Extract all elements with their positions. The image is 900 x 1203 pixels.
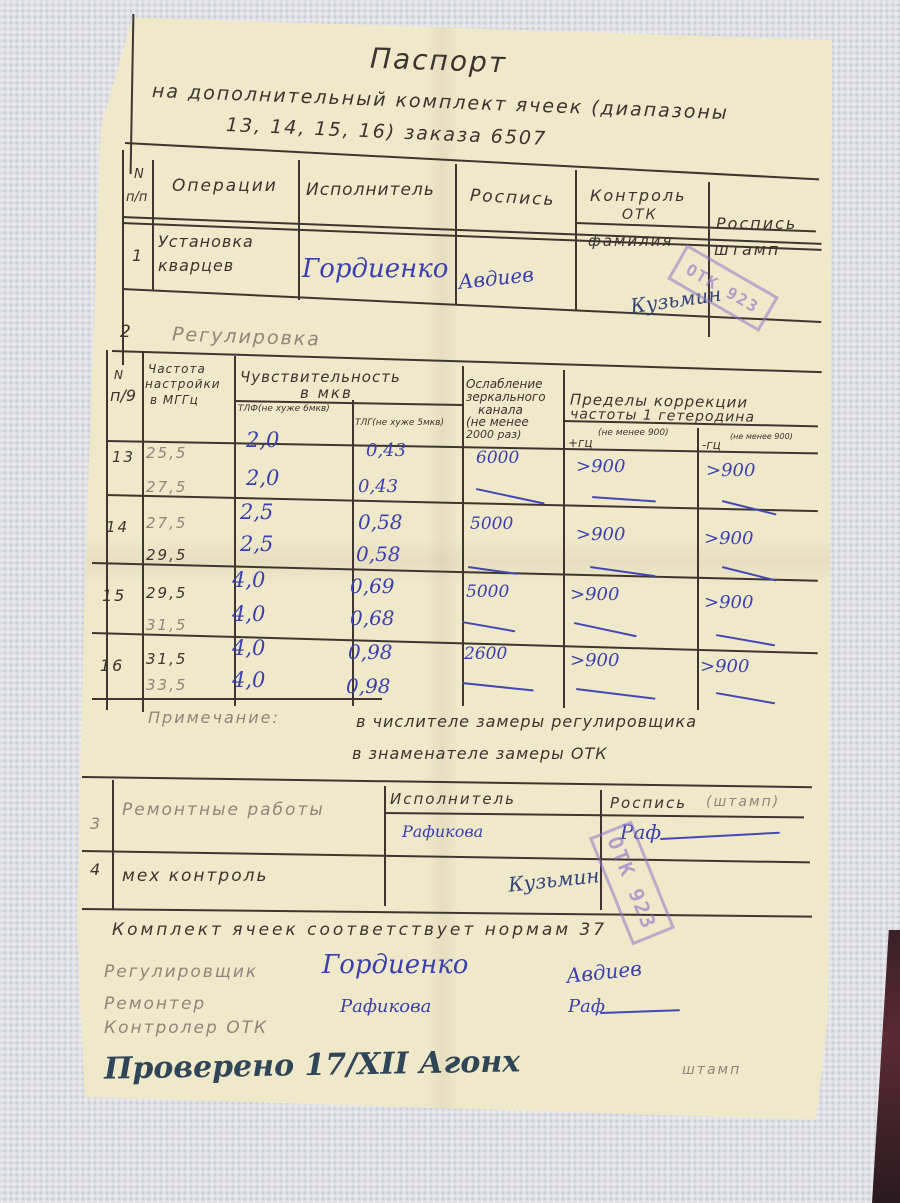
tlg-row-6: 0,68: [350, 606, 395, 630]
adj-header-mirror-1: Ослабление: [466, 377, 543, 391]
repairer-name: Рафикова: [340, 996, 431, 1017]
repair-row3-operation: Ремонтные работы: [122, 800, 325, 820]
freq-row-4: 29,5: [146, 546, 187, 564]
conformity-statement: Комплект ячеек соответствует нормам 37: [112, 920, 607, 940]
repair-col-number: [112, 780, 114, 910]
tlg-row-1: 0,43: [366, 440, 406, 461]
tlf-row-3: 2,5: [240, 500, 273, 524]
freq-row-6: 31,5: [146, 616, 187, 634]
freq-row-8: 33,5: [146, 676, 187, 694]
tlf-row-7: 4,0: [232, 636, 265, 660]
minus-band-13: >900: [706, 460, 755, 481]
band-14: 14: [106, 518, 129, 536]
section2-number: 2: [120, 322, 133, 342]
tlf-row-5: 4,0: [232, 568, 265, 592]
note-line2: в знаменателе замеры ОТК: [352, 744, 608, 763]
freq-row-5: 29,5: [146, 584, 187, 602]
repair-row4-operation: мех контроль: [122, 866, 269, 886]
band-15: 15: [102, 586, 126, 605]
fabric-background: [872, 930, 900, 1203]
repairer-label: Ремонтер: [104, 994, 206, 1014]
freq-row-7: 31,5: [146, 650, 187, 668]
adj-header-plus-hz: +гц: [568, 436, 593, 450]
tlg-row-5: 0,69: [350, 574, 395, 598]
repair-header-performer: Исполнитель: [390, 790, 516, 808]
plus-band-15: >900: [570, 584, 619, 605]
tlf-row-4: 2,5: [240, 532, 273, 556]
ops-header-number-top: N: [134, 167, 146, 182]
ops-header-otk-control: Контроль: [590, 186, 687, 205]
tlf-row-2: 2,0: [246, 466, 279, 490]
mirror-band-14: 5000: [470, 514, 513, 534]
ops-header-signature-stamp-top: Роспись: [716, 214, 797, 233]
ops-row1-number: 1: [132, 246, 144, 265]
repairer-signature: Раф: [568, 996, 605, 1017]
adj-header-frequency-3: в МГГц: [150, 393, 199, 407]
plus-band-16: >900: [570, 650, 619, 671]
ops-header-otk-surname: фамилия: [588, 232, 673, 250]
minus-band-15: >900: [704, 592, 753, 613]
ops-header-performer: Исполнитель: [306, 180, 435, 200]
adj-header-minus-note: (не менее 900): [730, 432, 793, 441]
minus-band-16: >900: [700, 656, 749, 677]
mirror-band-13: 6000: [476, 448, 519, 468]
ops-header-otk: ОТК: [622, 207, 658, 223]
adj-header-frequency-1: Частота: [148, 362, 206, 376]
ops-row1-performer: Гордиенко: [302, 254, 448, 284]
tlg-row-8: 0,98: [346, 674, 391, 698]
note-label: Примечание:: [148, 708, 280, 727]
repair-header-signature: Роспись: [610, 794, 687, 812]
tlf-row-6: 4,0: [232, 602, 265, 626]
adj-header-number-top: N: [114, 368, 125, 382]
repair-row3-number: 3: [90, 814, 102, 833]
mirror-band-15: 5000: [466, 582, 509, 602]
repair-row3-performer: Рафикова: [402, 822, 483, 841]
adj-header-mirror-2: зеркального: [466, 390, 546, 404]
adj-header-tlf: ТЛФ(не хуже 6мкв): [238, 404, 330, 414]
plus-band-13: >900: [576, 456, 625, 477]
minus-band-14: >900: [704, 528, 753, 549]
verified-stamp-text: Проверено 17/XII Агонх: [104, 1044, 521, 1086]
adj-header-number-bottom: п/9: [110, 386, 136, 405]
freq-row-1: 25,5: [146, 444, 187, 462]
repair-col-performer: [384, 786, 386, 906]
tlf-row-8: 4,0: [232, 668, 265, 692]
adj-header-tlg: ТЛГ(не хуже 5мкв): [355, 418, 444, 428]
ops-header-number-bottom: п/п: [126, 190, 147, 205]
plus-band-14: >900: [576, 524, 625, 545]
band-13: 13: [112, 448, 135, 466]
ops-row1-operation-line1: Установка: [158, 232, 254, 251]
page-title: Паспорт: [369, 42, 507, 80]
ops-header-operation: Операции: [172, 176, 278, 196]
tlg-row-3: 0,58: [358, 510, 403, 534]
adj-col-freq: [142, 352, 144, 712]
adj-col-minus: [697, 428, 699, 710]
adjuster-name: Гордиенко: [322, 950, 468, 980]
ops-header-signature-stamp-bottom: штамп: [714, 240, 780, 259]
ops-row1-operation-line2: кварцев: [158, 256, 234, 275]
mirror-band-16: 2600: [464, 644, 507, 664]
adj-header-minus-hz: -гц: [702, 438, 721, 452]
freq-row-2: 27,5: [146, 478, 187, 496]
adj-header-sensitivity-2: в мкв: [300, 384, 353, 402]
freq-row-3: 27,5: [146, 514, 187, 532]
adj-header-frequency-2: настройки: [145, 377, 221, 391]
stamp-label: штамп: [682, 1062, 741, 1078]
adjuster-label: Регулировщик: [104, 962, 258, 982]
adj-header-plus-note: (не менее 900): [598, 428, 669, 438]
adj-header-correction-2: частоты 1 гетеродина: [570, 406, 755, 425]
tlg-row-7: 0,98: [348, 640, 393, 664]
note-line1: в числителе замеры регулировщика: [356, 712, 697, 731]
tlg-row-4: 0,58: [356, 542, 401, 566]
adj-header-mirror-4: (не менее: [466, 415, 529, 429]
adj-header-mirror-5: 2000 раз): [466, 428, 521, 441]
band-16: 16: [100, 656, 124, 675]
tlf-row-1: 2,0: [246, 428, 279, 452]
tlg-row-2: 0,43: [358, 476, 398, 497]
otk-controller-label: Контролер ОТК: [104, 1018, 268, 1038]
repair-row4-number: 4: [90, 860, 102, 879]
adj-table-bottom: [92, 698, 382, 700]
repair-header-signature-note: (штамп): [706, 794, 780, 810]
